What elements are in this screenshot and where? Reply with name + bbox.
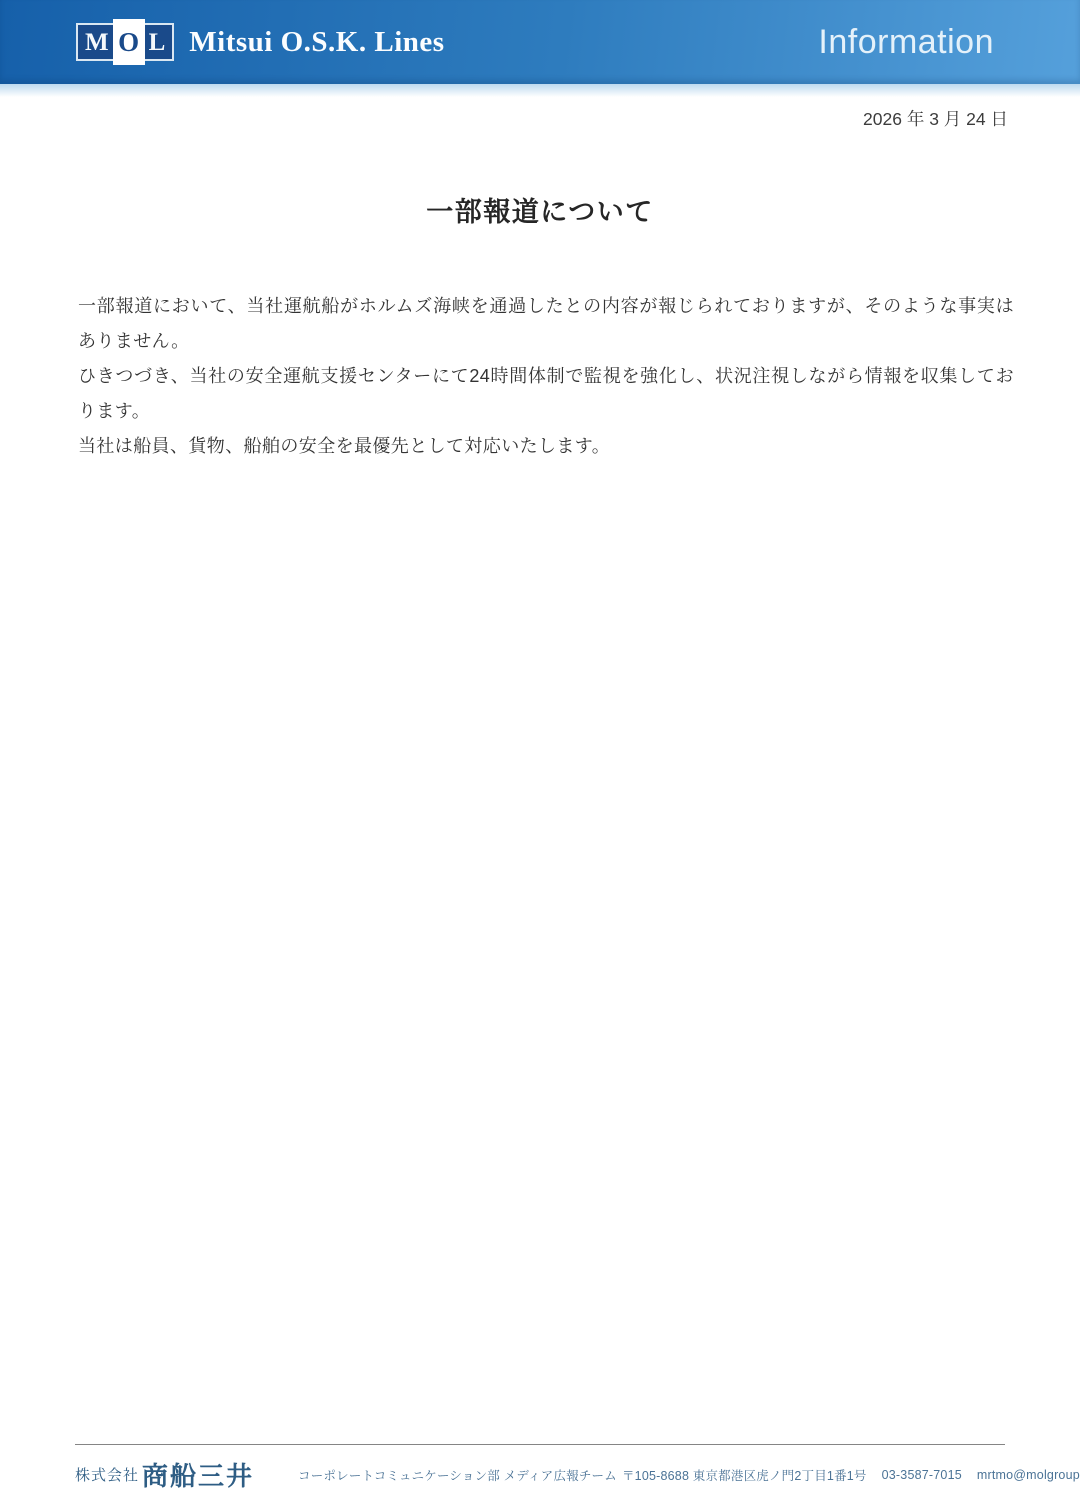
header-bar: M O L Mitsui O.S.K. Lines Information xyxy=(0,0,1080,84)
body-paragraph: 一部報道において、当社運航船がホルムズ海峡を通過したとの内容が報じられております… xyxy=(78,289,1014,359)
footer-company-logo: 株式会社 商船三井 xyxy=(75,1456,254,1493)
body-text: 一部報道において、当社運航船がホルムズ海峡を通過したとの内容が報じられております… xyxy=(78,289,1014,464)
mol-logo-group: M O L Mitsui O.S.K. Lines xyxy=(76,23,445,61)
company-wordmark: Mitsui O.S.K. Lines xyxy=(189,26,444,59)
footer-company-prefix: 株式会社 xyxy=(75,1464,139,1485)
footer-contact-email: mrtmo@molgroup.com xyxy=(977,1468,1080,1482)
footer-contact-department: コーポレートコミュニケーション部 メディア広報チーム xyxy=(298,1466,617,1484)
information-label: Information xyxy=(818,23,994,62)
mol-logo-letter-l: L xyxy=(149,30,166,55)
mol-logo-letter-m: M xyxy=(85,30,109,55)
mol-logo-letter-o: O xyxy=(113,19,145,65)
mol-logo: M O L xyxy=(76,23,174,61)
footer-contact-address: 〒105-8688 東京都港区虎ノ門2丁目1番1号 xyxy=(622,1466,867,1484)
footer-contact-phone: 03-3587-7015 xyxy=(882,1468,962,1482)
footer-contact: コーポレートコミュニケーション部 メディア広報チーム 〒105-8688 東京都… xyxy=(298,1466,1080,1484)
body-paragraph: 当社は船員、貨物、船舶の安全を最優先として対応いたします。 xyxy=(78,429,1014,464)
footer-company-name: 商船三井 xyxy=(142,1456,254,1493)
page-title: 一部報道について xyxy=(0,190,1080,229)
body-paragraph: ひきつづき、当社の安全運航支援センターにて24時間体制で監視を強化し、状況注視し… xyxy=(78,359,1014,429)
release-date: 2026 年 3 月 24 日 xyxy=(863,106,1008,131)
press-release-page: M O L Mitsui O.S.K. Lines Information 20… xyxy=(0,0,1080,1507)
footer: 株式会社 商船三井 コーポレートコミュニケーション部 メディア広報チーム 〒10… xyxy=(75,1444,1005,1493)
header-fade-strip xyxy=(0,84,1080,97)
